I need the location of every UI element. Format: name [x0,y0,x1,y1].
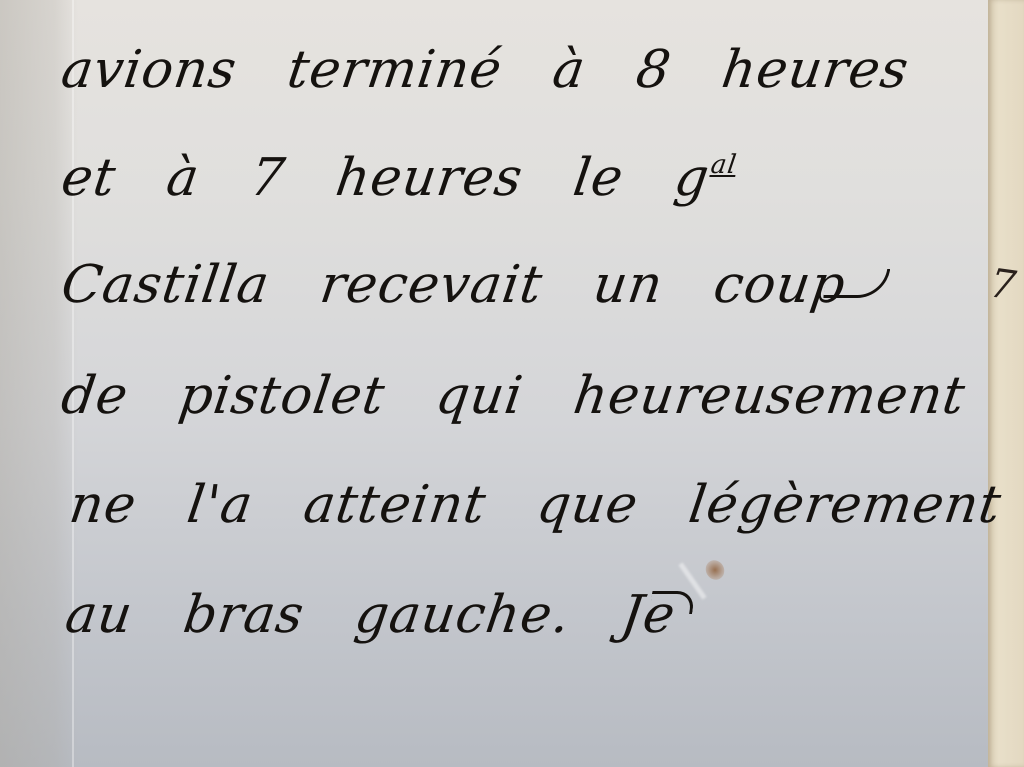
handwritten-line-2: et à 7 heures le gal [58,148,739,208]
line-3-text: Castilla recevait un coup [58,255,850,315]
handwritten-line-4: de pistolet qui heureusement [58,366,969,426]
underlying-page-edge [988,0,1024,767]
handwritten-line-6: au bras gauche. Je [62,585,697,645]
manuscript-photo: 7 avions terminé à 8 heures et à 7 heure… [0,0,1024,767]
handwritten-line-1: avions terminé à 8 heures [58,40,913,100]
handwritten-line-3: Castilla recevait un coup [58,255,893,315]
pen-flourish [824,269,891,298]
abbrev-superscript: al [709,150,739,180]
line-2-text: et à 7 heures le [58,148,628,208]
line-6-text: au bras gauche. Je [62,585,680,645]
general-abbreviation: gal [671,148,740,208]
handwritten-line-5: ne l'a atteint que légèrement [66,475,1005,535]
abbrev-base: g [671,148,714,208]
pen-flourish-je [649,591,695,614]
